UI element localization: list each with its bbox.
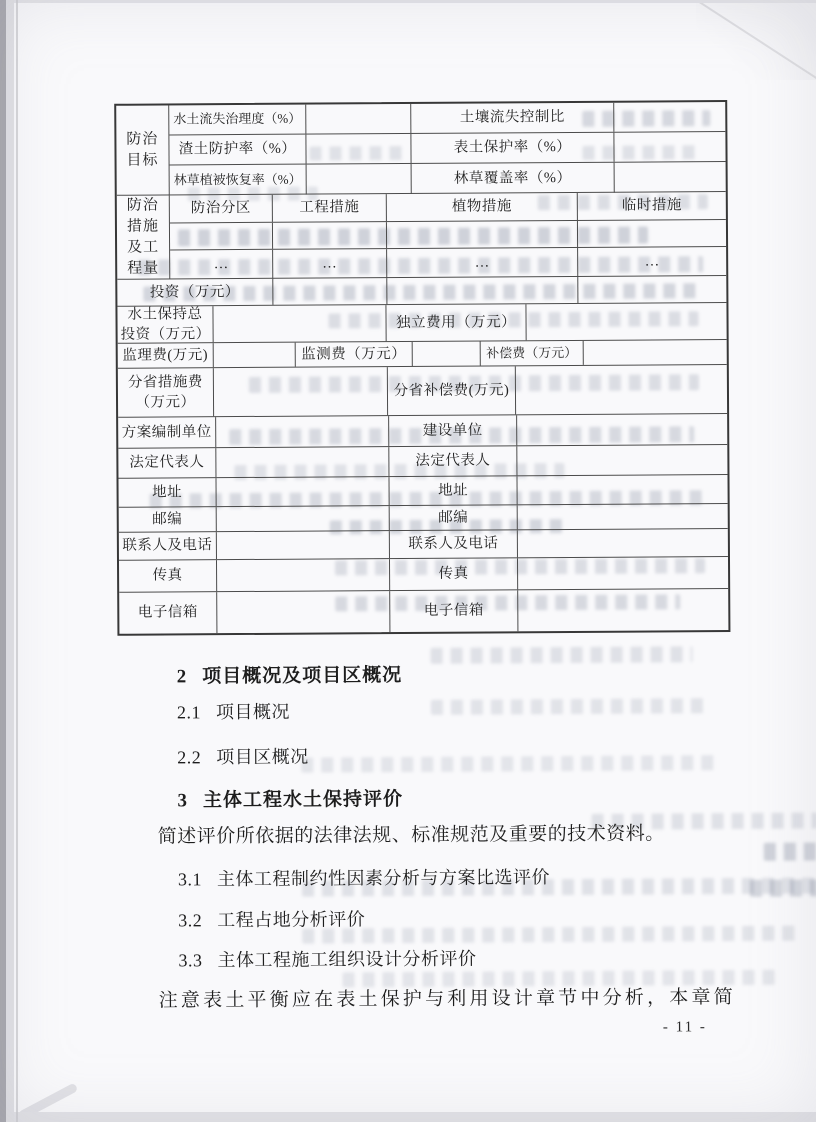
provincial-measures-fee-value <box>214 367 388 416</box>
provincial-measures-fee-label: 分省措施费（万元） <box>118 368 214 417</box>
temporary-measures-value <box>578 220 726 247</box>
topsoil-protection-rate-label: 表土保护率（%） <box>411 133 614 163</box>
paragraph-topsoil-note: 注意表土平衡应在表土保护与利用设计章节中分析，本章简 <box>153 982 753 1013</box>
soil-loss-control-ratio-label: 土壤流失控制比 <box>411 103 614 133</box>
subsection-number: 2.2 <box>177 747 201 768</box>
project-characteristics-table: 防治目标 水土流失治理度（%） 土壤流失控制比 渣土防护率（%） 表土保护率（%… <box>114 100 730 636</box>
email-value-right <box>518 589 728 631</box>
subsection-title: 主体工程制约性因素分析与方案比选评价 <box>217 863 550 891</box>
subsection-title: 主体工程施工组织设计分析评价 <box>217 945 476 973</box>
section-number: 2 <box>177 666 188 688</box>
independent-cost-value <box>526 303 726 340</box>
legal-representative-value-right <box>517 445 727 475</box>
construction-unit-label: 建设单位 <box>389 415 517 446</box>
email-value-left <box>217 591 390 633</box>
contact-phone-value-left <box>217 531 390 559</box>
prevention-goals-label: 防治目标 <box>116 105 170 194</box>
paragraph-legal-basis: 简述评价所依据的法律法规、标准规范及重要的技术资料。 <box>152 818 752 849</box>
fax-value-right <box>518 557 728 589</box>
scan-edge-top <box>0 0 816 3</box>
subsection-3-1: 3.1 主体工程制约性因素分析与方案比选评价 <box>152 862 752 892</box>
investment-value-1 <box>273 278 387 305</box>
investment-value-2 <box>387 277 578 304</box>
subsection-3-2: 3.2 工程占地分析评价 <box>152 903 752 933</box>
contact-phone-value-right <box>518 529 728 557</box>
section-title: 项目概况及项目区概况 <box>202 660 402 688</box>
monitoring-fee-label: 监测费（万元） <box>296 342 413 367</box>
prevention-goals-band: 防治目标 水土流失治理度（%） 土壤流失控制比 渣土防护率（%） 表土保护率（%… <box>116 102 726 196</box>
construction-unit-value <box>517 414 727 445</box>
scan-edge-bottom <box>0 1112 816 1122</box>
plant-measures-header: 植物措施 <box>387 193 578 221</box>
prevention-zone-value <box>170 223 273 250</box>
subsection-number: 3.1 <box>178 869 202 890</box>
section-number: 3 <box>177 790 188 812</box>
slag-protection-rate-value <box>306 134 411 164</box>
provincial-fees-row: 分省措施费（万元） 分省补偿费(万元) <box>118 365 727 418</box>
table-row: 水土流失治理度（%） 土壤流失控制比 <box>169 102 725 135</box>
email-label-left: 电子信箱 <box>119 592 217 634</box>
total-swc-investment-label: 水土保持总投资（万元） <box>117 306 213 343</box>
prevention-zone-header: 防治分区 <box>170 195 273 223</box>
section-heading-2: 2 项目概况及项目区概况 <box>151 658 751 689</box>
address-label-right: 地址 <box>389 476 517 505</box>
soil-erosion-treatment-degree-label: 水土流失治理度（%） <box>169 105 306 135</box>
investment-row: 投资（万元） <box>117 276 726 307</box>
plant-measures-value <box>387 221 578 248</box>
contact-phone-label-left: 联系人及电话 <box>119 532 217 560</box>
slag-protection-rate-label: 渣土防护率（%） <box>169 135 306 165</box>
soil-loss-control-ratio-value <box>614 102 725 132</box>
compensation-fee-value <box>584 340 727 365</box>
vegetation-coverage-rate-value <box>615 162 726 193</box>
section-title: 主体工程水土保持评价 <box>203 784 403 812</box>
subsection-2-2: 2.2 项目区概况 <box>151 740 751 770</box>
prevention-goals-rows: 水土流失治理度（%） 土壤流失控制比 渣土防护率（%） 表土保护率（%） 林草植… <box>169 102 726 194</box>
subsection-title: 项目区概况 <box>216 743 309 770</box>
total-investment-row: 水土保持总投资（万元） 独立费用（万元） <box>117 303 726 344</box>
provincial-compensation-fee-label: 分省补偿费(万元) <box>388 366 516 415</box>
subsection-number: 3.3 <box>178 950 202 971</box>
legal-rep-row: 法定代表人 法定代表人 <box>118 445 727 479</box>
measures-band: 防治措施及工程量 防治分区 工程措施 植物措施 临时措施 <box>117 192 727 280</box>
subsection-title: 项目概况 <box>216 698 290 724</box>
legal-representative-label-right: 法定代表人 <box>389 446 517 476</box>
scanned-document-page: 防治目标 水土流失治理度（%） 土壤流失控制比 渣土防护率（%） 表土保护率（%… <box>0 0 816 1122</box>
binding-crease <box>16 0 18 1122</box>
address-value-left <box>216 477 389 506</box>
table-row: 渣土防护率（%） 表土保护率（%） <box>169 132 725 165</box>
page-number: - 11 - <box>663 1019 707 1036</box>
postcode-label-right: 邮编 <box>390 505 518 530</box>
plan-compilation-unit-value <box>216 416 389 447</box>
subsection-3-3: 3.3 主体工程施工组织设计分析评价 <box>152 943 752 973</box>
bleedthrough-smudge <box>750 880 816 897</box>
investment-label: 投资（万元） <box>117 279 273 306</box>
monitoring-fee-value <box>413 342 481 366</box>
address-row: 地址 地址 <box>118 475 727 508</box>
soil-erosion-treatment-degree-value <box>306 104 411 134</box>
topsoil-protection-rate-value <box>614 132 725 162</box>
address-value-right <box>517 475 727 504</box>
fees-row: 监理费(万元) 监测费（万元） 补偿费（万元） <box>118 340 727 369</box>
units-row: 方案编制单位 建设单位 <box>118 414 727 449</box>
address-label-left: 地址 <box>118 478 216 507</box>
total-swc-investment-value <box>213 305 386 342</box>
plant-measures-ellipsis: … <box>387 248 578 278</box>
legal-representative-value-left <box>216 447 389 477</box>
vegetation-recovery-rate-label: 林草植被恢复率（%） <box>170 165 307 196</box>
prevention-zone-ellipsis: … <box>170 250 273 280</box>
compensation-fee-label: 补偿费（万元） <box>481 341 584 366</box>
section-heading-3: 3 主体工程水土保持评价 <box>151 782 751 813</box>
supervision-fee-value <box>214 343 296 368</box>
fax-row: 传真 传真 <box>119 557 728 593</box>
vegetation-coverage-rate-label: 林草覆盖率（%） <box>412 163 615 194</box>
contact-phone-label-right: 联系人及电话 <box>390 530 518 558</box>
supervision-fee-label: 监理费(万元) <box>118 343 214 368</box>
engineering-measures-ellipsis: … <box>273 249 387 279</box>
email-row: 电子信箱 电子信箱 <box>119 589 728 634</box>
provincial-compensation-fee-value <box>516 365 727 414</box>
fax-value-left <box>217 559 390 591</box>
independent-cost-label: 独立费用（万元） <box>386 304 526 341</box>
measures-row-label: 防治措施及工程量 <box>117 195 171 278</box>
temporary-measures-ellipsis: … <box>578 247 726 277</box>
bleedthrough-smudge <box>764 843 816 861</box>
postcode-label-left: 邮编 <box>119 507 217 532</box>
fax-label-left: 传真 <box>119 560 217 592</box>
measures-header-row: 防治分区 工程措施 植物措施 临时措施 <box>170 192 726 223</box>
page-content: 防治目标 水土流失治理度（%） 土壤流失控制比 渣土防护率（%） 表土保护率（%… <box>0 0 816 1122</box>
subsection-number: 2.1 <box>177 702 201 723</box>
postcode-value-left <box>217 506 390 531</box>
legal-representative-label-left: 法定代表人 <box>118 448 216 478</box>
postcode-row: 邮编 邮编 <box>119 504 728 533</box>
subsection-title: 工程占地分析评价 <box>217 905 365 932</box>
measures-rows: 防治分区 工程措施 植物措施 临时措施 … … … <box>170 192 726 278</box>
scan-edge-left-light <box>6 0 14 1122</box>
contact-row: 联系人及电话 联系人及电话 <box>119 529 728 561</box>
email-label-right: 电子信箱 <box>390 590 518 632</box>
temporary-measures-header: 临时措施 <box>578 192 726 220</box>
measures-empty-row <box>170 220 726 250</box>
measures-ellipsis-row: … … … … <box>170 247 726 279</box>
subsection-number: 3.2 <box>178 910 202 931</box>
vegetation-recovery-rate-value <box>307 164 412 195</box>
engineering-measures-header: 工程措施 <box>273 194 387 222</box>
subsection-2-1: 2.1 项目概况 <box>151 695 751 725</box>
investment-value-3 <box>578 276 726 303</box>
table-row: 林草植被恢复率（%） 林草覆盖率（%） <box>170 162 726 195</box>
plan-compilation-unit-label: 方案编制单位 <box>118 417 216 448</box>
postcode-value-right <box>518 504 728 529</box>
engineering-measures-value <box>273 222 387 249</box>
fax-label-right: 传真 <box>390 558 518 590</box>
